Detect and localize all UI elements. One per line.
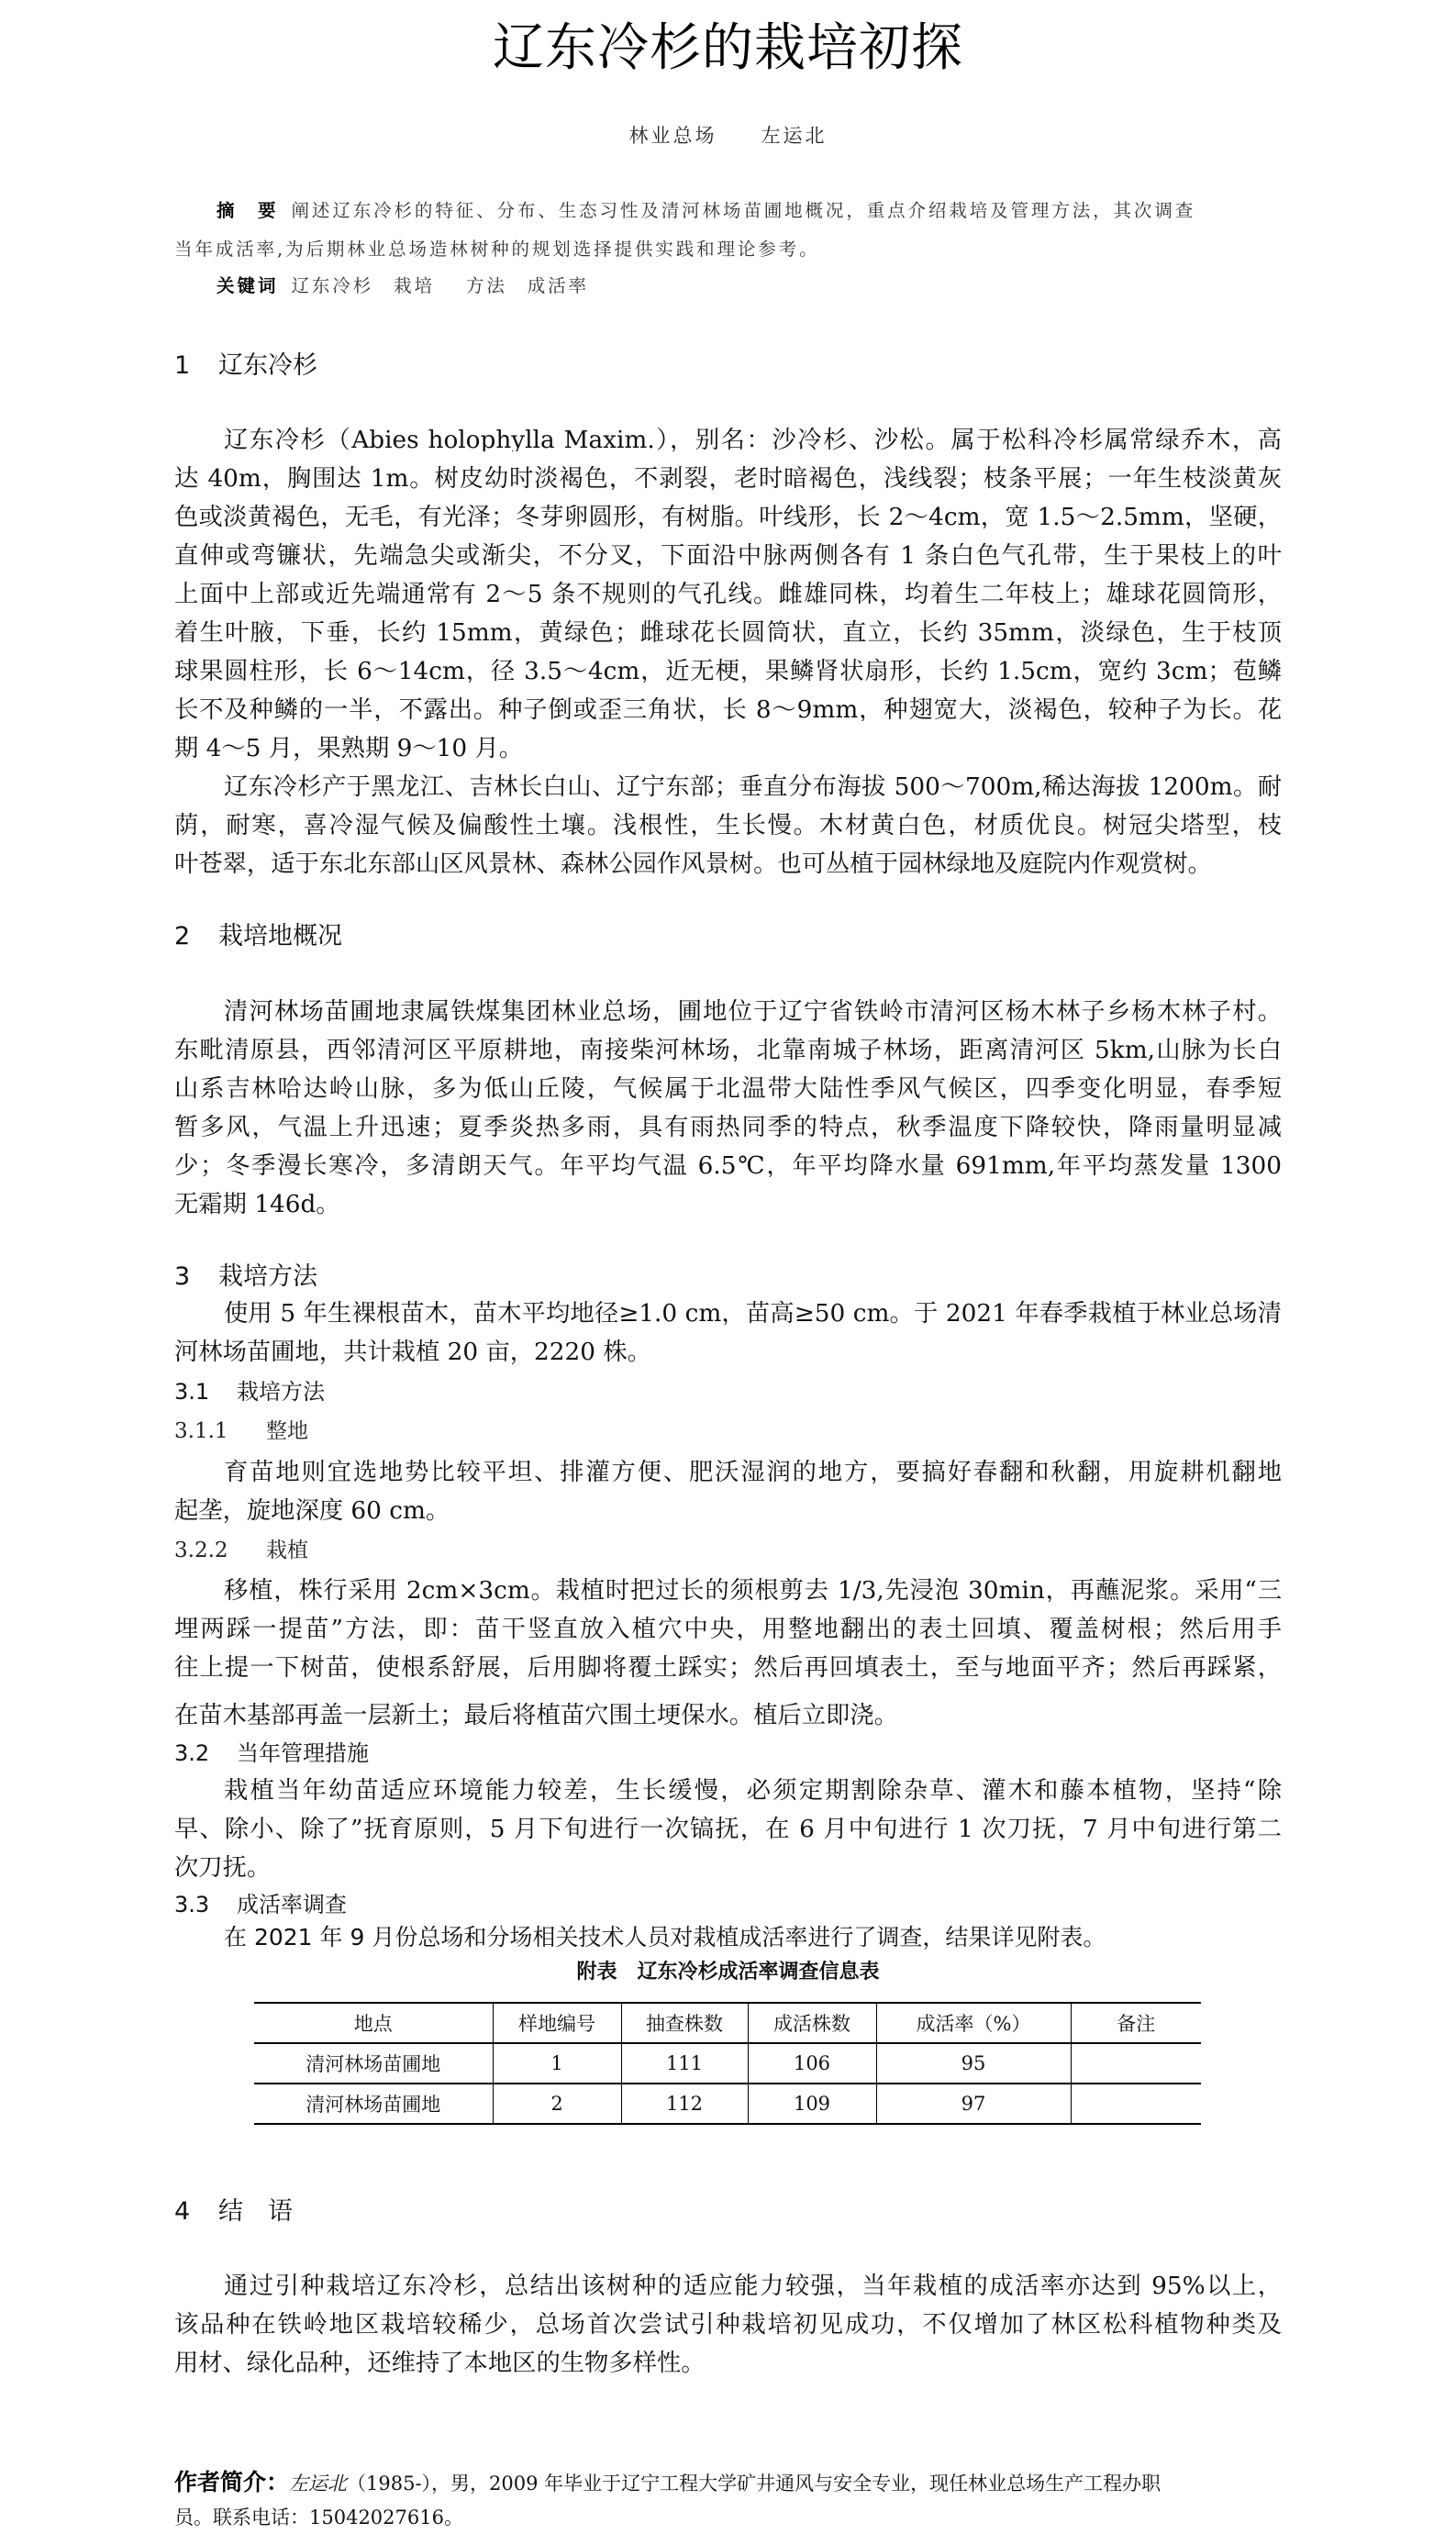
subsubsection-heading-3-1-1: 3.1.1整地 — [174, 1414, 308, 1444]
s4-line: 该品种在铁岭地区栽培较稀少，总场首次尝试引种栽培初见成功，不仅增加了林区松科植物… — [174, 2305, 1282, 2336]
s1-line: 叶苍翠，适于东北东部山区风景林、森林公园作风景树。也可丛植于园林绿地及庭院内作观… — [174, 844, 1212, 879]
s3-3-line: 在 2021 年 9 月份总场和分场相关技术人员对栽植成活率进行了调查，结果详见… — [224, 1919, 1106, 1952]
s1-line: 长不及种鳞的一半，不露出。种子倒或歪三角状，长 8～9mm，种翅宽大，淡褐色，较… — [174, 690, 1282, 721]
s1-line: 辽东冷杉产于黑龙江、吉林长白山、辽宁东部；垂直分布海拔 500～700m,稀达海… — [224, 767, 1282, 798]
s2-line: 山系吉林哈达岭山脉，多为低山丘陵，气候属于北温带大陆性季风气候区，四季变化明显，… — [174, 1069, 1282, 1100]
subsection-heading-3-3: 3.3成活率调查 — [174, 1886, 347, 1918]
s3-2-line: 次刀抚。 — [174, 1848, 271, 1883]
keyword: 栽培 — [394, 275, 435, 296]
section-heading-1: 1辽东冷杉 — [174, 345, 317, 381]
s1-line: 色或淡黄褐色，无毛，有光泽；冬芽卵圆形，有树脂。叶线形，长 2～4cm，宽 1.… — [174, 497, 1282, 528]
author-bio-line-2: 员。联系电话：15042027616。 — [174, 2503, 463, 2530]
s1-line: 直伸或弯镰状，先端急尖或渐尖，不分叉，下面沿中脉两侧各有 1 条白色气孔带，生于… — [174, 536, 1282, 567]
s3-1-1-line: 育苗地则宜选地势比较平坦、排灌方便、肥沃湿润的地方，要搞好春翻和秋翻，用旋耕机翻… — [224, 1452, 1282, 1484]
s1-line: 辽东冷杉（Abies holophylla Maxim.），别名：沙冷杉、沙松。… — [224, 420, 1282, 451]
s3-2-2-line: 移植，株行采用 2cm×3cm。栽植时把过长的须根剪去 1/3,先浸泡 30mi… — [224, 1571, 1282, 1602]
abstract-line-1: 摘 要阐述辽东冷杉的特征、分布、生态习性及清河林场苗圃地概况，重点介绍栽培及管理… — [217, 196, 1195, 222]
section-heading-3: 3栽培方法 — [174, 1256, 317, 1292]
s1-line: 达 40m，胸围达 1m。树皮幼时淡褐色，不剥裂，老时暗褐色，浅线裂；枝条平展；… — [174, 459, 1282, 490]
author-bio-line-1: 作者简介：左运北（1985-），男，2009 年毕业于辽宁工程大学矿井通风与安全… — [174, 2464, 1282, 2497]
col-header-remarks: 备注 — [1071, 2003, 1201, 2043]
table-row: 清河林场苗圃地 1 111 106 95 — [254, 2043, 1201, 2084]
s3-2-2-line: 往上提一下树苗，使根系舒展，后用脚将覆土踩实；然后再回填表土，至与地面平齐；然后… — [174, 1648, 1282, 1679]
subsection-heading-3-1: 3.1栽培方法 — [174, 1373, 325, 1406]
abstract-label: 摘 要 — [217, 200, 279, 221]
table-caption: 附表 辽东冷杉成活率调查信息表 — [0, 1956, 1456, 1984]
table-row: 清河林场苗圃地 2 112 109 97 — [254, 2084, 1201, 2124]
subsection-heading-3-2: 3.2当年管理措施 — [174, 1735, 369, 1767]
s1-line: 期 4～5 月，果熟期 9～10 月。 — [174, 728, 523, 763]
author-bio-text: （1985-），男，2009 年毕业于辽宁工程大学矿井通风与安全专业，现任林业总… — [347, 2473, 1161, 2495]
section-heading-4: 4结 语 — [174, 2191, 293, 2227]
table-header-row: 地点 样地编号 抽查株数 成活株数 成活率（%） 备注 — [254, 2003, 1201, 2043]
author-name: 左运北 — [761, 125, 828, 147]
keywords-label: 关键词 — [217, 275, 279, 296]
paper-title: 辽东冷杉的栽培初探 — [0, 7, 1456, 81]
s4-line: 通过引种栽培辽东冷杉，总结出该树种的适应能力较强，当年栽植的成活率亦达到 95%… — [224, 2266, 1282, 2297]
s4-line: 用材、绿化品种，还维持了本地区的生物多样性。 — [174, 2343, 706, 2378]
s2-line: 东毗清原县，西邻清河区平原耕地，南接柴河林场，北靠南城子林场，距离清河区 5km… — [174, 1030, 1282, 1061]
s1-line: 球果圆柱形，长 6～14cm，径 3.5～4cm，近无梗，果鳞肾状扇形，长约 1… — [174, 651, 1282, 683]
s2-line: 清河林场苗圃地隶属铁煤集团林业总场，圃地位于辽宁省铁岭市清河区杨木林子乡杨木林子… — [224, 992, 1282, 1023]
s1-line: 荫，耐寒，喜冷湿气候及偏酸性土壤。浅根性，生长慢。木材黄白色，材质优良。树冠尖塔… — [174, 806, 1282, 837]
col-header-plot-id: 样地编号 — [493, 2003, 621, 2043]
section-heading-2: 2栽培地概况 — [174, 916, 342, 951]
author-bio-label: 作者简介： — [174, 2469, 289, 2495]
keyword: 辽东冷杉 — [292, 275, 374, 296]
survival-rate-table: 地点 样地编号 抽查株数 成活株数 成活率（%） 备注 清河林场苗圃地 1 11… — [254, 2002, 1201, 2125]
col-header-location: 地点 — [254, 2003, 493, 2043]
abstract-line-2: 当年成活率,为后期林业总场造林树种的规划选择提供实践和理论参考。 — [174, 235, 820, 261]
col-header-survived: 成活株数 — [748, 2003, 876, 2043]
s2-line: 无霜期 146d。 — [174, 1184, 340, 1219]
s2-line: 暂多风，气温上升迅速；夏季炎热多雨，具有雨热同季的特点，秋季温度下降较快，降雨量… — [174, 1107, 1282, 1139]
s3-line: 使用 5 年生裸根苗木，苗木平均地径≥1.0 cm，苗高≥50 cm。于 202… — [224, 1294, 1282, 1325]
keywords-line: 关键词辽东冷杉栽培方法成活率 — [217, 272, 609, 297]
s3-line: 河林场苗圃地，共计栽植 20 亩，2220 株。 — [174, 1332, 651, 1367]
keyword: 成活率 — [528, 275, 589, 296]
s1-line: 上面中上部或近先端通常有 2～5 条不规则的气孔线。雌雄同株，均着生二年枝上；雄… — [174, 574, 1282, 606]
s3-2-line: 早、除小、除了”抚育原则，5 月下旬进行一次镐抚，在 6 月中旬进行 1 次刀抚… — [174, 1809, 1282, 1840]
abstract-text-1: 阐述辽东冷杉的特征、分布、生态习性及清河林场苗圃地概况，重点介绍栽培及管理方法，… — [292, 200, 1196, 221]
s3-2-line: 栽植当年幼苗适应环境能力较差，生长缓慢，必须定期割除杂草、灌木和藤本植物，坚持“… — [224, 1771, 1282, 1802]
author-affiliation: 林业总场 — [629, 125, 717, 147]
subsubsection-heading-3-2-2: 3.2.2栽植 — [174, 1533, 308, 1563]
s2-line: 少；冬季漫长寒冷，多清朗天气。年平均气温 6.5℃，年平均降水量 691mm,年… — [174, 1146, 1282, 1177]
s3-2-2-line: 埋两踩一提苗”方法，即：苗干竖直放入植穴中央，用整地翻出的表土回填、覆盖树根；然… — [174, 1609, 1282, 1640]
keyword: 方法 — [466, 275, 507, 296]
s1-line: 着生叶腋，下垂，长约 15mm，黄绿色；雌球花长圆筒状，直立，长约 35mm，淡… — [174, 613, 1282, 644]
author-line: 林业总场左运北 — [0, 121, 1456, 149]
s3-1-1-line: 起垄，旋地深度 60 cm。 — [174, 1491, 450, 1526]
col-header-sampled: 抽查株数 — [621, 2003, 748, 2043]
col-header-survival-rate: 成活率（%） — [876, 2003, 1071, 2043]
author-bio-name: 左运北 — [289, 2473, 347, 2495]
s3-2-2-line: 在苗木基部再盖一层新土；最后将植苗穴围土埂保水。植后立即浇。 — [174, 1695, 898, 1730]
